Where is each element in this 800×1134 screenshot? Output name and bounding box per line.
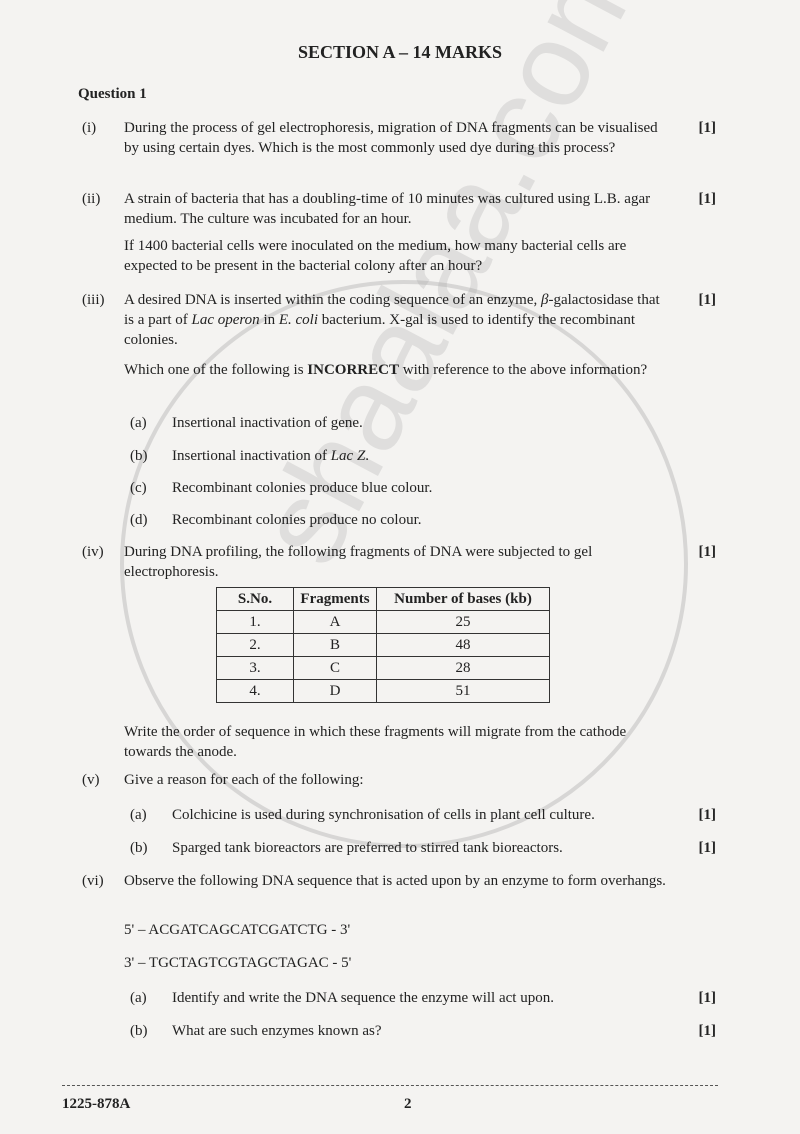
part-ii-followup: If 1400 bacterial cells were inoculated … (124, 236, 670, 276)
part-text: A desired DNA is inserted within the cod… (124, 290, 670, 350)
marks: [1] (699, 542, 717, 562)
section-title: SECTION A – 14 MARKS (0, 42, 800, 63)
part-number: (i) (82, 118, 96, 138)
column-header: Number of bases (kb) (377, 588, 550, 611)
table-row: 3.C28 (217, 657, 550, 680)
marks: [1] (699, 118, 717, 138)
part-iv-followup: Write the order of sequence in which the… (124, 722, 670, 762)
marks: [1] (699, 988, 717, 1008)
question-heading: Question 1 (78, 86, 147, 103)
fragments-table: S.No. Fragments Number of bases (kb) 1.A… (216, 587, 550, 703)
part-number: (vi) (82, 871, 104, 891)
column-header: S.No. (217, 588, 294, 611)
part-text: Observe the following DNA sequence that … (124, 871, 670, 891)
column-header: Fragments (294, 588, 377, 611)
part-number: (ii) (82, 189, 100, 209)
marks: [1] (699, 189, 717, 209)
part-number: (iv) (82, 542, 104, 562)
dna-strand-top: 5' – ACGATCAGCATCGATCTG - 3' (124, 920, 350, 940)
table-row: 2.B48 (217, 634, 550, 657)
dna-strand-bottom: 3' – TGCTAGTCGTAGCTAGAC - 5' (124, 953, 351, 973)
table-row: 1.A25 (217, 611, 550, 634)
marks: [1] (699, 838, 717, 858)
page-number: 2 (404, 1096, 412, 1113)
marks: [1] (699, 1021, 717, 1041)
part-text: During DNA profiling, the following frag… (124, 542, 670, 582)
part-text: A strain of bacteria that has a doubling… (124, 189, 670, 229)
part-number: (v) (82, 770, 100, 790)
marks: [1] (699, 805, 717, 825)
exam-page: shaalaa.com SECTION A – 14 MARKS Questio… (0, 0, 800, 1134)
paper-code: 1225-878A (62, 1096, 130, 1113)
marks: [1] (699, 290, 717, 310)
part-iii-question: Which one of the following is INCORRECT … (124, 360, 670, 380)
footer-divider (62, 1085, 718, 1086)
table-row: 4.D51 (217, 680, 550, 703)
part-text: During the process of gel electrophoresi… (124, 118, 670, 158)
part-number: (iii) (82, 290, 105, 310)
part-text: Give a reason for each of the following: (124, 770, 670, 790)
